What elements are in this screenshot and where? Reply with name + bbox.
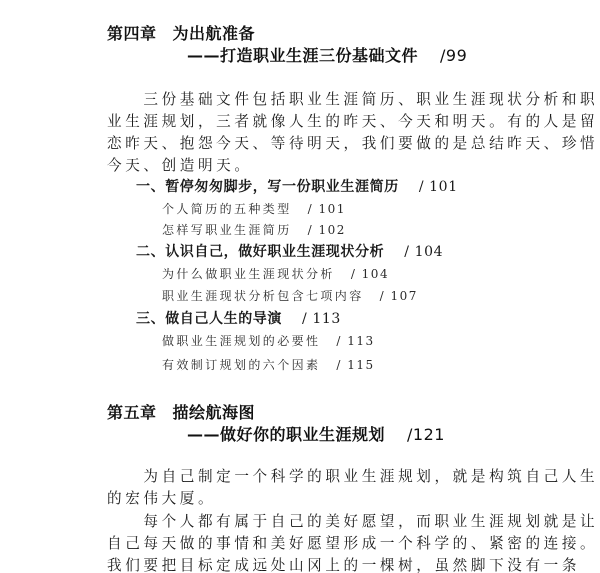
toc-section-label: 二、认识自己，做好职业生涯现状分析 xyxy=(136,244,384,260)
toc-item: 职业生涯现状分析包含七项内容/ 107 xyxy=(162,287,418,304)
toc-section-1: 一、暂停匆匆脚步，写一份职业生涯简历/ 101 xyxy=(136,176,458,196)
toc-item: 为什么做职业生涯现状分析/ 104 xyxy=(162,265,389,282)
chapter5-paragraph-line: 自己每天做的事情和美好愿望形成一个科学的、紧密的连接。 xyxy=(107,532,598,553)
toc-item-label: 怎样写职业生涯简历 xyxy=(162,223,292,237)
toc-item: 个人简历的五种类型/ 101 xyxy=(162,200,346,217)
toc-item-page: / 102 xyxy=(308,223,346,237)
toc-item-label: 职业生涯现状分析包含七项内容 xyxy=(162,289,364,303)
chapter5-paragraph-line: 每个人都有属于自己的美好愿望，而职业生涯规划就是让 xyxy=(107,510,598,531)
chapter4-subtitle-line: ——打造职业生涯三份基础文件/99 xyxy=(187,43,467,66)
toc-section-page: / 113 xyxy=(302,311,341,327)
chapter4-page-number: /99 xyxy=(440,46,467,65)
toc-section-2: 二、认识自己，做好职业生涯现状分析/ 104 xyxy=(136,241,443,261)
chapter4-paragraph-line: 三份基础文件包括职业生涯简历、职业生涯现状分析和职 xyxy=(107,88,598,109)
toc-item-page: / 101 xyxy=(308,202,346,216)
chapter5-paragraph-line: 我们要把目标定成远处山冈上的一棵树，虽然脚下没有一条 xyxy=(107,554,580,573)
toc-item-label: 做职业生涯规划的必要性 xyxy=(162,334,320,348)
chapter4-heading: 第四章为出航准备 xyxy=(107,21,255,44)
chapter5-page-number: /121 xyxy=(407,425,445,444)
chapter4-paragraph-line: 业生涯规划，三者就像人生的昨天、今天和明天。有的人是留 xyxy=(107,110,598,131)
chapter5-subtitle-line: ——做好你的职业生涯规划/121 xyxy=(187,422,445,445)
chapter4-number: 第四章 xyxy=(107,24,157,43)
toc-item-page: / 113 xyxy=(336,334,374,348)
chapter5-title: 描绘航海图 xyxy=(173,403,256,422)
chapter5-heading: 第五章描绘航海图 xyxy=(107,400,255,423)
chapter5-paragraph-line: 为自己制定一个科学的职业生涯规划，就是构筑自己人生 xyxy=(107,465,598,486)
toc-section-label: 三、做自己人生的导演 xyxy=(136,311,282,327)
toc-item-page: / 107 xyxy=(380,289,418,303)
toc-item-page: / 115 xyxy=(336,358,374,372)
toc-item-page: / 104 xyxy=(351,267,389,281)
chapter5-paragraph-line: 的宏伟大厦。 xyxy=(107,487,216,508)
chapter5-number: 第五章 xyxy=(107,403,157,422)
book-page: 第四章为出航准备 ——打造职业生涯三份基础文件/99 三份基础文件包括职业生涯简… xyxy=(0,0,600,573)
toc-section-label: 一、暂停匆匆脚步，写一份职业生涯简历 xyxy=(136,179,399,195)
toc-section-page: / 101 xyxy=(419,179,458,195)
toc-item: 有效制订规划的六个因素/ 115 xyxy=(162,356,375,373)
chapter4-title: 为出航准备 xyxy=(173,24,256,43)
toc-section-page: / 104 xyxy=(404,244,443,260)
toc-item: 怎样写职业生涯简历/ 102 xyxy=(162,221,346,238)
chapter5-subtitle: ——做好你的职业生涯规划 xyxy=(187,425,385,444)
toc-item-label: 有效制订规划的六个因素 xyxy=(162,358,320,372)
toc-item-label: 个人简历的五种类型 xyxy=(162,202,292,216)
chapter4-paragraph-line: 恋昨天、抱怨今天、等待明天，我们要做的是总结昨天、珍惜 xyxy=(107,132,598,153)
toc-section-3: 三、做自己人生的导演/ 113 xyxy=(136,308,341,328)
toc-item-label: 为什么做职业生涯现状分析 xyxy=(162,267,335,281)
chapter4-subtitle: ——打造职业生涯三份基础文件 xyxy=(187,46,418,65)
toc-item: 做职业生涯规划的必要性/ 113 xyxy=(162,332,375,349)
chapter4-paragraph-line: 今天、创造明天。 xyxy=(107,154,253,175)
